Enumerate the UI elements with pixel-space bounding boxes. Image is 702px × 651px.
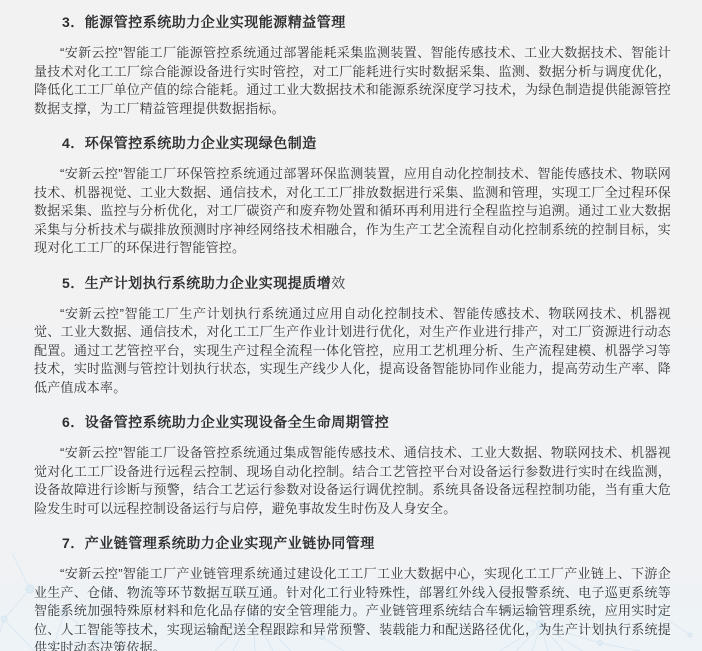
section-heading-text: 4．环保管控系统助力企业实现绿色制造	[62, 135, 317, 151]
section-heading-suffix: 效	[331, 275, 346, 291]
section-supply-chain: 7．产业链管理系统助力企业实现产业链协同管理 “安新云控”智能工厂产业链管理系统…	[0, 533, 702, 651]
section-heading: 3．能源管控系统助力企业实现能源精益管理	[62, 12, 668, 32]
section-paragraph: “安新云控”智能工厂能源管控系统通过部署能耗采集监测装置、智能传感技术、工业大数…	[34, 44, 671, 118]
section-energy-management: 3．能源管控系统助力企业实现能源精益管理 “安新云控”智能工厂能源管控系统通过部…	[0, 12, 702, 118]
section-production-planning: 5．生产计划执行系统助力企业实现提质增效 “安新云控”智能工厂生产计划执行系统通…	[0, 273, 702, 398]
document-page: { "page": { "background_color": "#f1f2f3…	[0, 0, 702, 651]
section-paragraph: “安新云控”智能工厂设备管控系统通过集成智能传感技术、通信技术、工业大数据、物联…	[34, 444, 671, 518]
section-heading: 7．产业链管理系统助力企业实现产业链协同管理	[62, 533, 668, 553]
document-content: 3．能源管控系统助力企业实现能源精益管理 “安新云控”智能工厂能源管控系统通过部…	[0, 0, 702, 651]
section-heading: 5．生产计划执行系统助力企业实现提质增效	[62, 273, 668, 293]
section-paragraph: “安新云控”智能工厂产业链管理系统通过建设化工工厂工业大数据中心，实现化工工厂产…	[34, 565, 671, 651]
section-heading-text: 3．能源管控系统助力企业实现能源精益管理	[62, 14, 346, 30]
section-heading-text: 7．产业链管理系统助力企业实现产业链协同管理	[62, 535, 375, 551]
section-heading: 6．设备管控系统助力企业实现设备全生命周期管控	[62, 412, 668, 432]
section-heading-text: 5．生产计划执行系统助力企业实现提质增	[62, 275, 331, 291]
section-environmental-control: 4．环保管控系统助力企业实现绿色制造 “安新云控”智能工厂环保管控系统通过部署环…	[0, 133, 702, 258]
section-heading-text: 6．设备管控系统助力企业实现设备全生命周期管控	[62, 414, 389, 430]
section-heading: 4．环保管控系统助力企业实现绿色制造	[62, 133, 668, 153]
section-paragraph: “安新云控”智能工厂环保管控系统通过部署环保监测装置，应用自动化控制技术、智能传…	[34, 165, 671, 258]
section-equipment-management: 6．设备管控系统助力企业实现设备全生命周期管控 “安新云控”智能工厂设备管控系统…	[0, 412, 702, 518]
section-paragraph: “安新云控”智能工厂生产计划执行系统通过应用自动化控制技术、智能传感技术、物联网…	[34, 305, 671, 398]
